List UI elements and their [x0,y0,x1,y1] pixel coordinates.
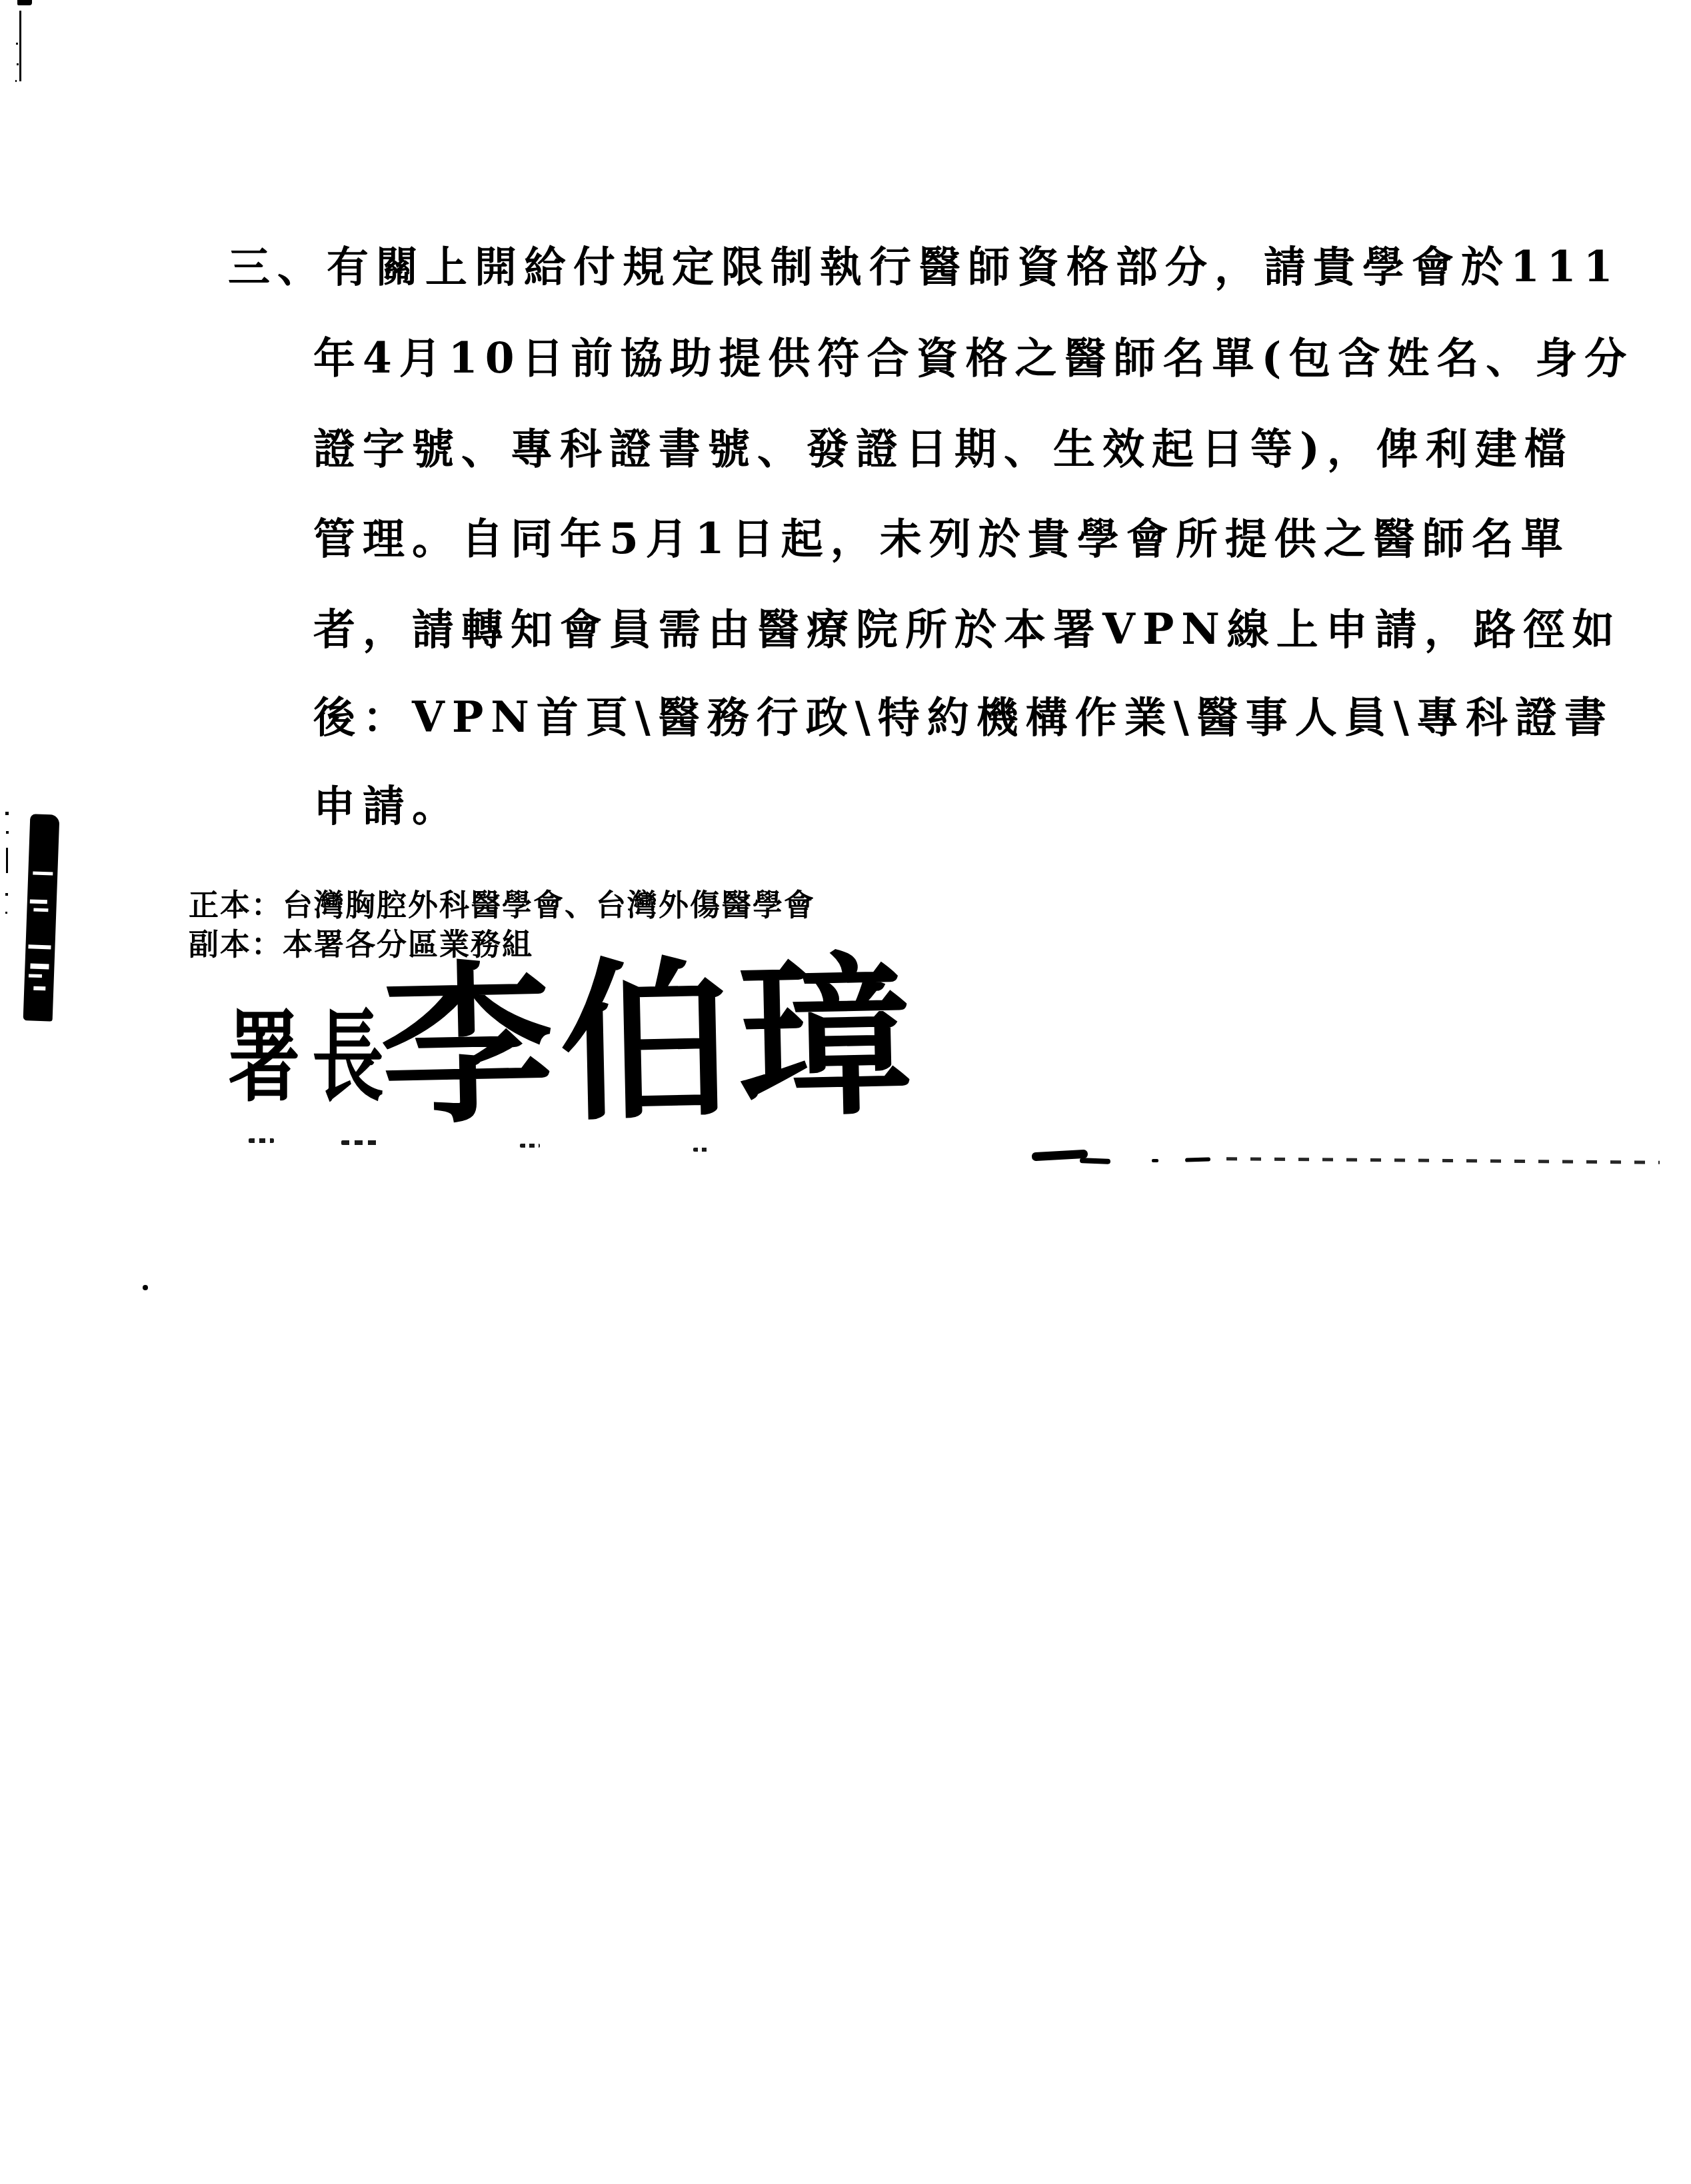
scan-speckle [341,1140,381,1145]
paragraph-line-1: 三、有關上開給付規定限制執行醫師資格部分，請貴學會於111 [228,246,1620,288]
paragraph-line-2: 年4月10日前協助提供符合資格之醫師名單(包含姓名、身分 [313,337,1634,379]
scan-artifact-edge-dash [5,812,9,815]
stamp-white-gap [33,908,48,912]
paragraph-line-7: 申請。 [313,785,461,827]
scan-artifact-topleft-line [19,11,21,81]
scan-artifact-edge-dash [5,912,7,914]
scan-artifact-stamp-smudge [23,814,60,1021]
stamp-white-gap [33,986,45,991]
paragraph-line-3: 證字號、專科證書號、發證日期、生效起日等)，俾利建檔 [313,428,1574,470]
scan-artifact-dot [143,1285,148,1290]
scan-artifact-edge-dash [5,893,8,896]
scan-scratch-dash [1185,1157,1210,1162]
scan-speckle [693,1148,711,1152]
scan-speckle [520,1144,540,1148]
scan-artifact-edge-dash [6,848,8,873]
stamp-white-gap [30,963,49,969]
distribution-original-line: 正本：台灣胸腔外科醫學會、台灣外傷醫學會 [189,890,815,920]
scan-scratch-line [1226,1157,1660,1164]
paragraph-line-5: 者，請轉知會員需由醫療院所於本署VPN線上申請，路徑如 [313,608,1622,650]
stamp-white-gap [28,944,51,949]
scan-speckle [249,1138,274,1143]
signature-title: 署長 [228,1008,396,1107]
scan-artifact-dot [16,43,18,45]
paragraph-line-4: 管理。自同年5月1日起，未列於貴學會所提供之醫師名單 [313,518,1570,560]
stamp-white-gap [30,899,47,904]
scan-artifact-dot [15,80,17,82]
signature-name: 李伯璋 [379,940,919,1144]
paragraph-line-6: 後：VPN首頁\醫務行政\特約機構作業\醫事人員\專科證書 [313,696,1614,738]
scan-scratch-blob [1080,1158,1110,1164]
stamp-white-gap [33,872,53,876]
stamp-white-gap [29,974,42,978]
scan-artifact-edge-dash [6,831,9,834]
scan-artifact-topleft-blob [17,0,32,5]
scan-scratch-dot [1152,1159,1158,1162]
scan-artifact-dot [17,63,19,65]
scanned-letter-page: 三、有關上開給付規定限制執行醫師資格部分，請貴學會於111 年4月10日前協助提… [0,0,1691,2184]
